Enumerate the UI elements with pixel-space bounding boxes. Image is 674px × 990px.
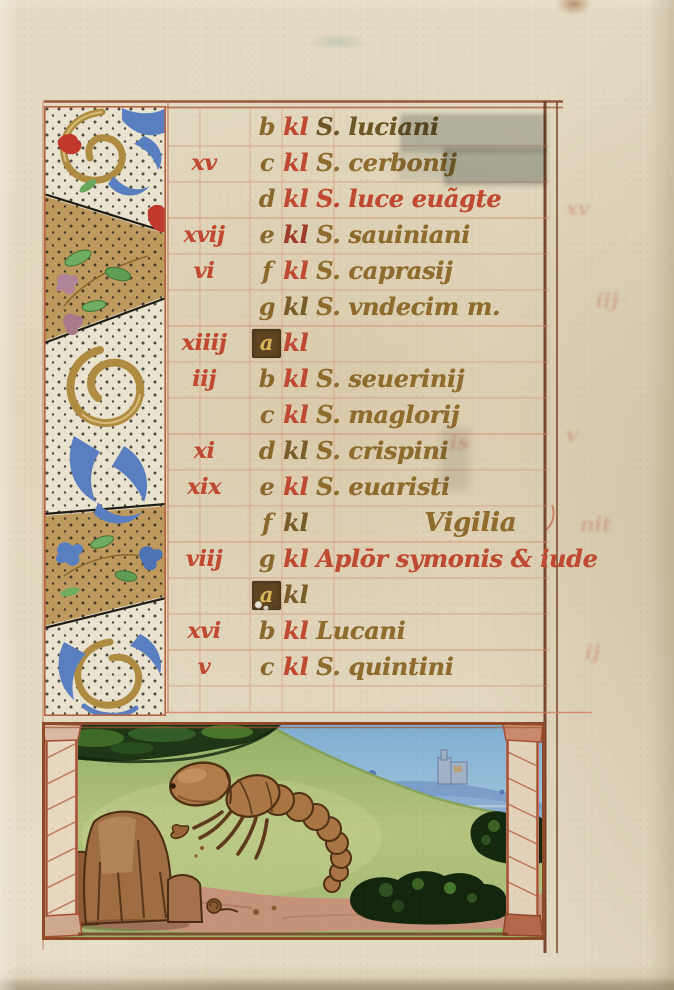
kalends-label: kl [283,578,308,614]
calendar-row: viijgklAplōr symonis & iude [0,542,620,578]
calendar-row: xidklS. crispini [0,434,620,470]
calendar-row: xixeklS. euaristi [0,470,620,506]
golden-number: vi [168,254,240,290]
calendar-row: gklS. vndecim m. [0,290,620,326]
dominical-letter: b [252,110,282,146]
calendar-row: dklS. luce euãgte [0,182,620,218]
calendar-row: akl [0,578,620,614]
golden-number [168,398,240,434]
calendar-row: xvcklS. cerbonij [0,146,620,182]
calendar-row: vifklS. caprasij [0,254,620,290]
feast-entry: Aplōr symonis & iude [316,542,597,578]
golden-number: xvij [168,218,240,254]
feast-entry: S. euaristi [316,470,450,506]
feast-entry: S. cerbonij [316,146,456,182]
feast-entry: S. vndecim m. [316,290,500,326]
dominical-letter: f [252,254,282,290]
dominical-letter: f [252,506,282,542]
kalends-label: kl [283,506,308,542]
kalends-label: kl [283,542,308,578]
golden-number: viij [168,542,240,578]
kalends-label: kl [283,398,308,434]
dominical-letter: g [252,290,282,326]
dominical-letter: d [252,434,282,470]
feast-entry: S. luce euãgte [316,182,501,218]
calendar-row: fklVigilia [0,506,620,542]
golden-number: xiiij [168,326,240,362]
calendar-row: xiiijakl [0,326,620,362]
gilded-initial: a [252,329,281,358]
feast-entry: S. luciani [316,110,439,146]
calendar-row: vcklS. quintini [0,650,620,686]
golden-number: xi [168,434,240,470]
feast-entry: Vigilia [424,506,516,542]
feast-entry: S. crispini [316,434,448,470]
feast-entry: S. sauiniani [316,218,470,254]
dominical-letter: b [252,362,282,398]
kalends-label: kl [283,650,308,686]
feast-entry: S. caprasij [316,254,452,290]
dominical-letter: c [252,650,282,686]
kalends-label: kl [283,110,308,146]
feast-entry: S. seuerinij [316,362,464,398]
dominical-letter: g [252,542,282,578]
dominical-letter: e [252,470,282,506]
calendar-row: cklS. maglorij [0,398,620,434]
gilded-initial: a [252,581,281,610]
golden-number: xix [168,470,240,506]
dominical-letter: c [252,146,282,182]
calendar-row: bklS. luciani [0,110,620,146]
kalends-label: kl [283,218,308,254]
dominical-letter: e [252,218,282,254]
calendar-row: iijbklS. seuerinij [0,362,620,398]
kalends-label: kl [283,614,308,650]
calendar-table: bklS. lucianixvcklS. cerbonijdklS. luce … [0,0,674,990]
feast-entry: S. quintini [316,650,453,686]
golden-number: xv [168,146,240,182]
kalends-label: kl [283,254,308,290]
dominical-letter: d [252,182,282,218]
kalends-label: kl [283,182,308,218]
kalends-label: kl [283,146,308,182]
golden-number [168,578,240,614]
manuscript-page: bklS. lucianixvcklS. cerbonijdklS. luce … [0,0,674,990]
kalends-label: kl [283,362,308,398]
calendar-row: xvijeklS. sauiniani [0,218,620,254]
golden-number [168,290,240,326]
golden-number [168,182,240,218]
dominical-letter: c [252,398,282,434]
dominical-letter: b [252,614,282,650]
kalends-label: kl [283,290,308,326]
golden-number [168,110,240,146]
kalends-label: kl [283,434,308,470]
calendar-row: xvibklLucani [0,614,620,650]
golden-number: xvi [168,614,240,650]
golden-number: iij [168,362,240,398]
feast-entry: Lucani [316,614,405,650]
golden-number: v [168,650,240,686]
feast-entry: S. maglorij [316,398,459,434]
golden-number [168,506,240,542]
kalends-label: kl [283,470,308,506]
kalends-label: kl [283,326,308,362]
